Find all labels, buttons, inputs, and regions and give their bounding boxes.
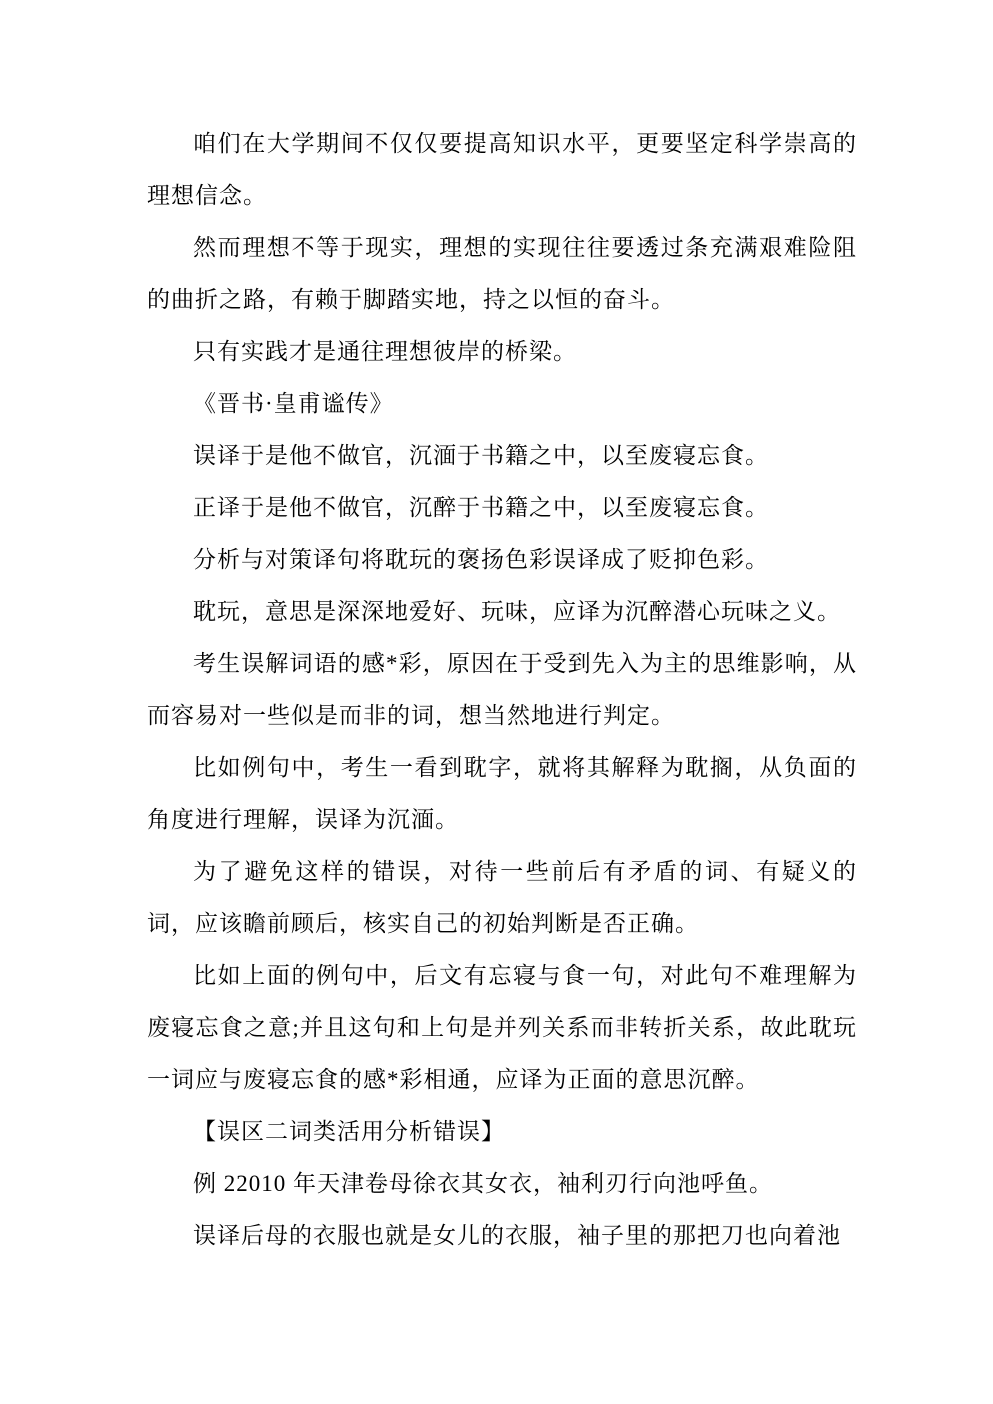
paragraph: 然而理想不等于现实，理想的实现往往要透过条充满艰难险阻的曲折之路，有赖于脚踏实地… xyxy=(147,222,857,326)
paragraph: 比如上面的例句中，后文有忘寝与食一句，对此句不难理解为废寝忘食之意;并且这句和上… xyxy=(147,950,857,1106)
paragraph: 比如例句中，考生一看到耽字，就将其解释为耽搁，从负面的角度进行理解，误译为沉湎。 xyxy=(147,742,857,846)
paragraph: 误译后母的衣服也就是女儿的衣服，袖子里的那把刀也向着池 xyxy=(147,1210,857,1262)
paragraph: 正译于是他不做官，沉醉于书籍之中，以至废寝忘食。 xyxy=(147,482,857,534)
paragraph: 《晋书·皇甫谧传》 xyxy=(147,378,857,430)
document-page: 咱们在大学期间不仅仅要提高知识水平，更要坚定科学崇高的理想信念。然而理想不等于现… xyxy=(0,0,993,1404)
paragraph: 为了避免这样的错误，对待一些前后有矛盾的词、有疑义的词，应该瞻前顾后，核实自己的… xyxy=(147,846,857,950)
paragraph: 分析与对策译句将耽玩的褒扬色彩误译成了贬抑色彩。 xyxy=(147,534,857,586)
paragraph: 考生误解词语的感*彩，原因在于受到先入为主的思维影响，从而容易对一些似是而非的词… xyxy=(147,638,857,742)
document-body: 咱们在大学期间不仅仅要提高知识水平，更要坚定科学崇高的理想信念。然而理想不等于现… xyxy=(147,118,857,1262)
paragraph: 例 22010 年天津卷母徐衣其女衣，袖利刃行向池呼鱼。 xyxy=(147,1158,857,1210)
paragraph: 耽玩，意思是深深地爱好、玩味，应译为沉醉潜心玩味之义。 xyxy=(147,586,857,638)
paragraph: 咱们在大学期间不仅仅要提高知识水平，更要坚定科学崇高的理想信念。 xyxy=(147,118,857,222)
paragraph: 只有实践才是通往理想彼岸的桥梁。 xyxy=(147,326,857,378)
paragraph: 误译于是他不做官，沉湎于书籍之中，以至废寝忘食。 xyxy=(147,430,857,482)
paragraph: 【误区二词类活用分析错误】 xyxy=(147,1106,857,1158)
